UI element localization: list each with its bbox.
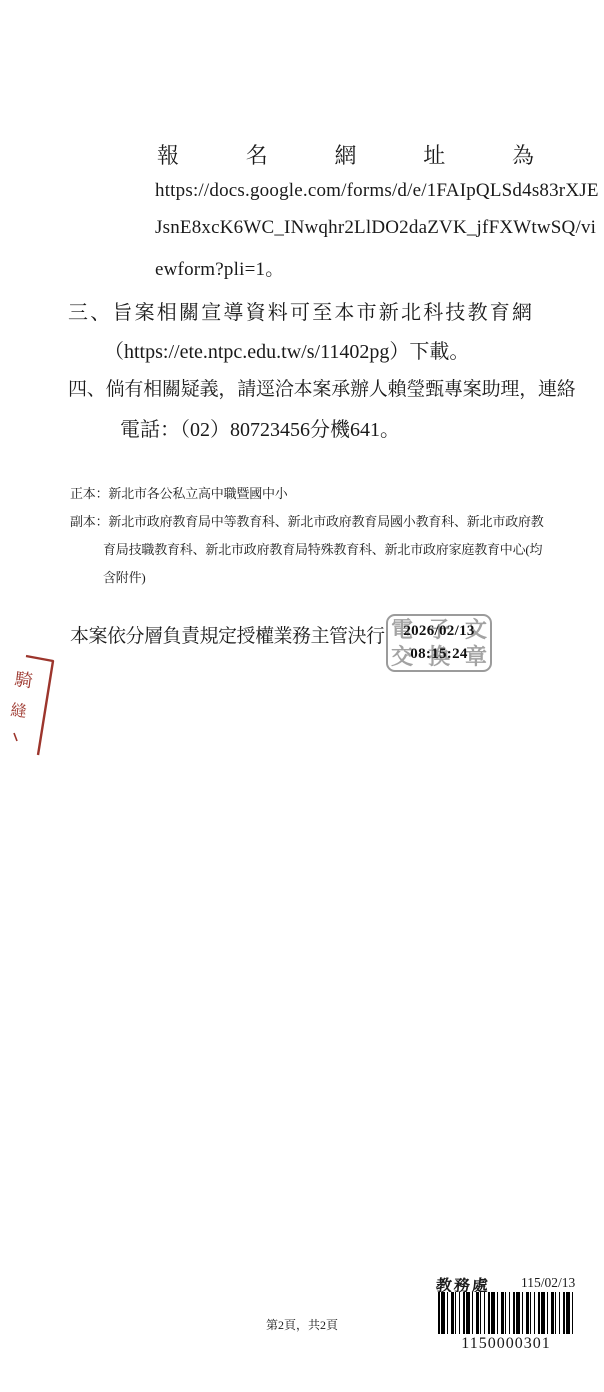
electronic-exchange-stamp: 電 子 文 交 換 章 2026/02/13 08:15:24 (386, 614, 492, 672)
exchange-stamp-datetime: 2026/02/13 08:15:24 (388, 620, 490, 666)
registration-url-label: 報名網址為 (157, 139, 534, 170)
registration-url-line-1: https://docs.google.com/forms/d/e/1FAIpQ… (155, 180, 599, 202)
original-recipient-line: 正本：新北市各公私立高中職暨國中小 (70, 483, 288, 502)
seam-stamp-char-2: 縫 (10, 701, 28, 721)
page-number-footer: 第2頁，共2頁 (0, 1316, 604, 1333)
item-3-text-line-2: （https://ete.ntpc.edu.tw/s/11402pg）下載。 (104, 335, 469, 364)
item-3-text-line-1: 三、旨案相關宣導資料可至本市新北科技教育網 (68, 296, 532, 325)
copy-recipients-line-3: 含附件) (103, 567, 146, 586)
exchange-stamp-time: 08:15:24 (388, 643, 490, 666)
copy-recipients-line-1: 副本：新北市政府教育局中等教育科、新北市政府教育局國小教育科、新北市政府教 (70, 511, 544, 530)
document-registry-date: 115/02/13 (521, 1275, 575, 1291)
exchange-stamp-date: 2026/02/13 (388, 620, 490, 643)
seam-stamp-char-1: 騎 (13, 669, 34, 691)
registration-url-line-2: JsnE8xcK6WC_INwqhr2LlDO2daZVK_jfFXWtwSQ/… (155, 217, 596, 239)
registration-url-line-3: ewform?pli=1。 (155, 254, 284, 281)
item-4-text-line-1: 四、倘有相關疑義，請逕洽本案承辦人賴瑩甄專案助理，連絡 (68, 374, 576, 401)
delegation-statement: 本案依分層負責規定授權業務主管決行 (70, 621, 385, 648)
barcode-number: 1150000301 (438, 1335, 574, 1353)
seam-stamp: 騎 縫 (0, 645, 62, 763)
copy-recipients-line-2: 育局技職教育科、新北市政府教育局特殊教育科、新北市政府家庭教育中心(均 (103, 539, 542, 558)
document-page: 報名網址為 https://docs.google.com/forms/d/e/… (0, 0, 604, 1392)
item-4-text-line-2: 電話：（02）80723456分機641。 (120, 413, 400, 442)
